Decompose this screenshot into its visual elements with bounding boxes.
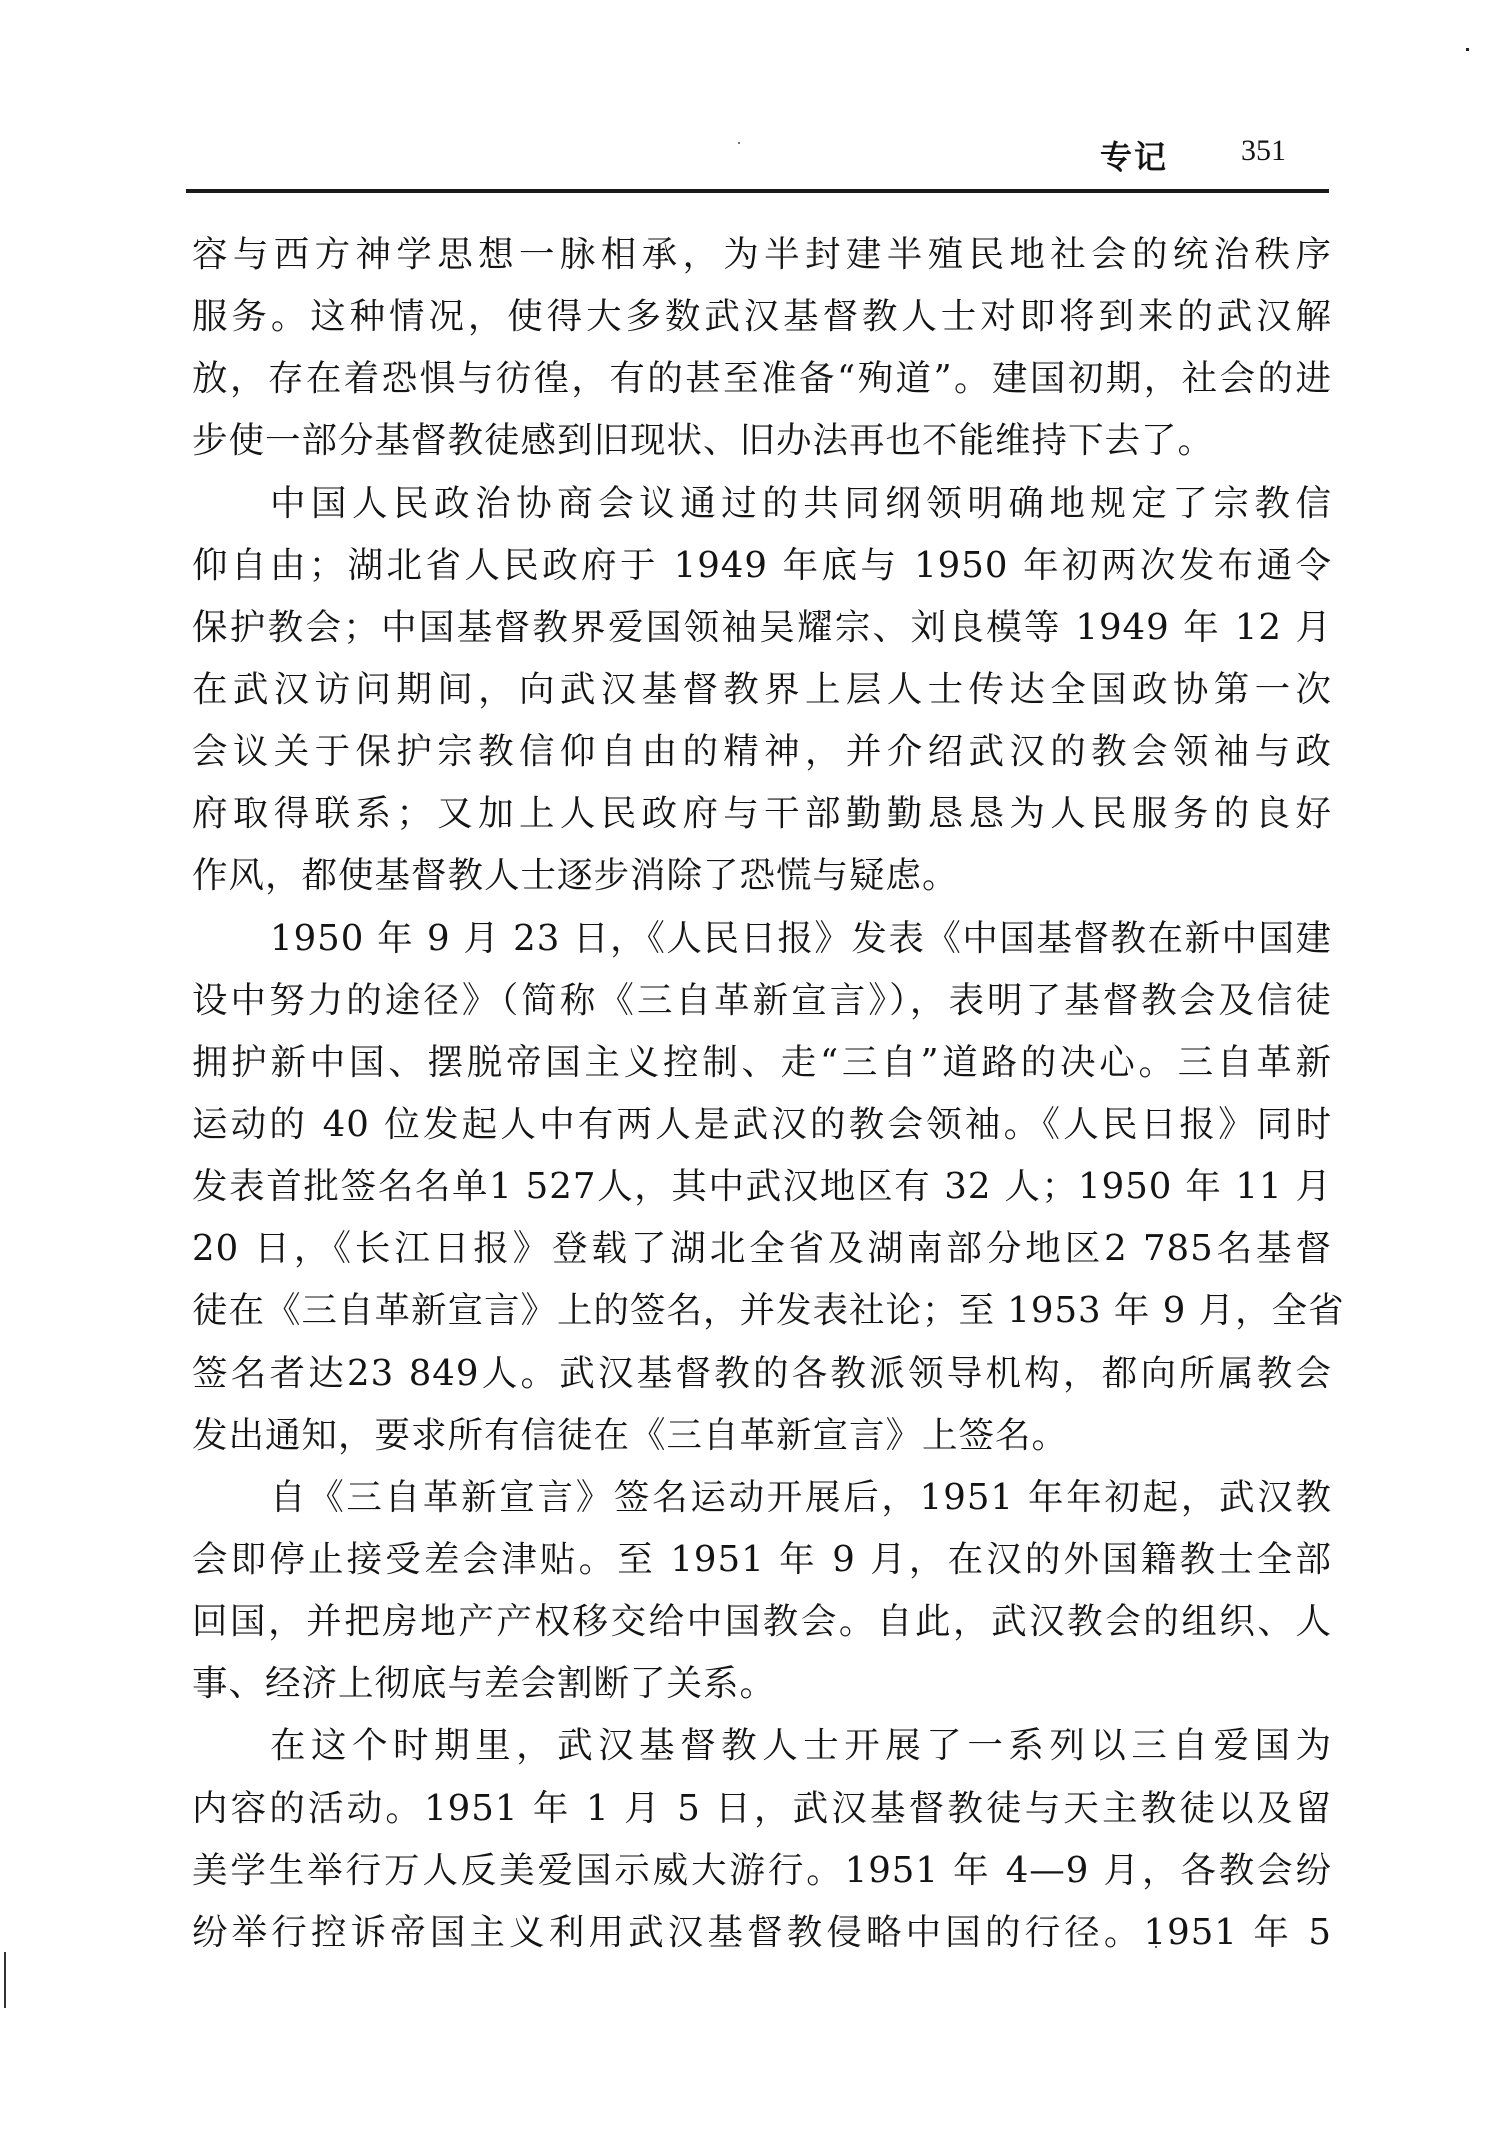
scan-speck (1155, 1946, 1157, 1948)
text-line: 作风，都使基督教人士逐步消除了恐慌与疑虑。 (192, 845, 1332, 907)
text-line: 步使一部分基督教徒感到旧现状、旧办法再也不能维持下去了。 (192, 410, 1332, 472)
text-line: 签名者达23 849人。武汉基督教的各教派领导机构，都向所属教会 (192, 1343, 1332, 1405)
body-text: 容与西方神学思想一脉相承，为半封建半殖民地社会的统治秩序服务。这种情况，使得大多… (192, 224, 1332, 1964)
text-line: 纷举行控诉帝国主义利用武汉基督教侵略中国的行径。1951 年 5 (192, 1902, 1332, 1964)
text-line: 会即停止接受差会津贴。至 1951 年 9 月，在汉的外国籍教士全部 (192, 1529, 1332, 1591)
scan-speck (1466, 48, 1469, 51)
text-line: 发出通知，要求所有信徒在《三自革新宣言》上签名。 (192, 1405, 1332, 1467)
text-line: 仰自由；湖北省人民政府于 1949 年底与 1950 年初两次发布通令 (192, 535, 1332, 597)
text-line: 在武汉访问期间，向武汉基督教界上层人士传达全国政协第一次 (192, 659, 1332, 721)
text-line: 美学生举行万人反美爱国示威大游行。1951 年 4—9 月，各教会纷 (192, 1840, 1332, 1902)
text-line: 中国人民政治协商会议通过的共同纲领明确地规定了宗教信 (192, 473, 1332, 535)
text-line: 回国，并把房地产产权移交给中国教会。自此，武汉教会的组织、人 (192, 1591, 1332, 1653)
text-line: 保护教会；中国基督教界爱国领袖吴耀宗、刘良模等 1949 年 12 月 (192, 597, 1332, 659)
text-line: 拥护新中国、摆脱帝国主义控制、走“三自”道路的决心。三自革新 (192, 1032, 1332, 1094)
text-line: 运动的 40 位发起人中有两人是武汉的教会领袖。《人民日报》同时 (192, 1094, 1332, 1156)
text-line: 1950 年 9 月 23 日，《人民日报》发表《中国基督教在新中国建 (192, 908, 1332, 970)
running-header: 专记 351 (1100, 132, 1330, 182)
page-number: 351 (1241, 134, 1286, 168)
text-line: 自《三自革新宣言》签名运动开展后，1951 年年初起，武汉教 (192, 1467, 1332, 1529)
section-title: 专记 (1100, 132, 1168, 178)
text-line: 徒在《三自革新宣言》上的签名，并发表社论；至 1953 年 9 月，全省 (192, 1280, 1332, 1342)
text-line: 20 日，《长江日报》登载了湖北全省及湖南部分地区2 785名基督 (192, 1218, 1332, 1280)
scan-edge-mark (4, 1952, 6, 2008)
text-line: 发表首批签名名单1 527人，其中武汉地区有 32 人；1950 年 11 月 (192, 1156, 1332, 1218)
text-line: 事、经济上彻底与差会割断了关系。 (192, 1653, 1332, 1715)
text-line: 在这个时期里，武汉基督教人士开展了一系列以三自爱国为 (192, 1715, 1332, 1777)
text-line: 府取得联系；又加上人民政府与干部勤勤恳恳为人民服务的良好 (192, 783, 1332, 845)
header-rule (186, 189, 1329, 193)
text-line: 服务。这种情况，使得大多数武汉基督教人士对即将到来的武汉解 (192, 286, 1332, 348)
text-line: 容与西方神学思想一脉相承，为半封建半殖民地社会的统治秩序 (192, 224, 1332, 286)
scan-speck (738, 142, 740, 144)
text-line: 设中努力的途径》（简称《三自革新宣言》），表明了基督教会及信徒 (192, 970, 1332, 1032)
text-line: 内容的活动。1951 年 1 月 5 日，武汉基督教徒与天主教徒以及留 (192, 1778, 1332, 1840)
text-line: 会议关于保护宗教信仰自由的精神，并介绍武汉的教会领袖与政 (192, 721, 1332, 783)
text-line: 放，存在着恐惧与彷徨，有的甚至准备“殉道”。建国初期，社会的进 (192, 348, 1332, 410)
